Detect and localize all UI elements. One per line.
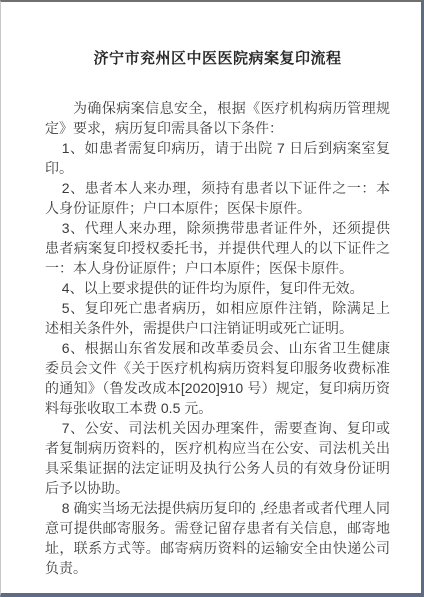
intro-paragraph: 为确保病案信息安全，根据《医疗机构病历管理规定》要求，病历复印需具备以下条件：	[45, 98, 390, 138]
list-item-2: 2、患者本人来办理，须持有患者以下证件之一：本人身份证原件；户口本原件；医保卡原…	[45, 178, 390, 218]
list-item-7: 7、公安、司法机关因办理案件，需要查询、复印或者复制病历资料的，医疗机构应当在公…	[45, 418, 390, 498]
list-item-6: 6、根据山东省发展和改革委员会、山东省卫生健康委员会文件《关于医疗机构病历资料复…	[45, 338, 390, 418]
list-item-4: 4、以上要求提供的证件均为原件，复印件无效。	[45, 278, 390, 298]
document-body: 为确保病案信息安全，根据《医疗机构病历管理规定》要求，病历复印需具备以下条件： …	[45, 98, 390, 578]
list-item-1: 1、如患者需复印病历，请于出院 7 日后到病案室复印。	[45, 138, 390, 178]
document-page: 济宁市兖州区中医医院病案复印流程 为确保病案信息安全，根据《医疗机构病历管理规定…	[0, 0, 424, 597]
list-item-3: 3、代理人来办理，除须携带患者证件外，还须提供患者病案复印授权委托书，并提供代理…	[45, 218, 390, 278]
list-item-5: 5、复印死亡患者病历，如相应原件注销，除满足上述相关条件外，需提供户口注销证明或…	[45, 298, 390, 338]
list-item-8: 8 确实当场无法提供病历复印的 ,经患者或者代理人同意可提供邮寄服务。需登记留存…	[45, 498, 390, 578]
document-title: 济宁市兖州区中医医院病案复印流程	[45, 48, 390, 70]
